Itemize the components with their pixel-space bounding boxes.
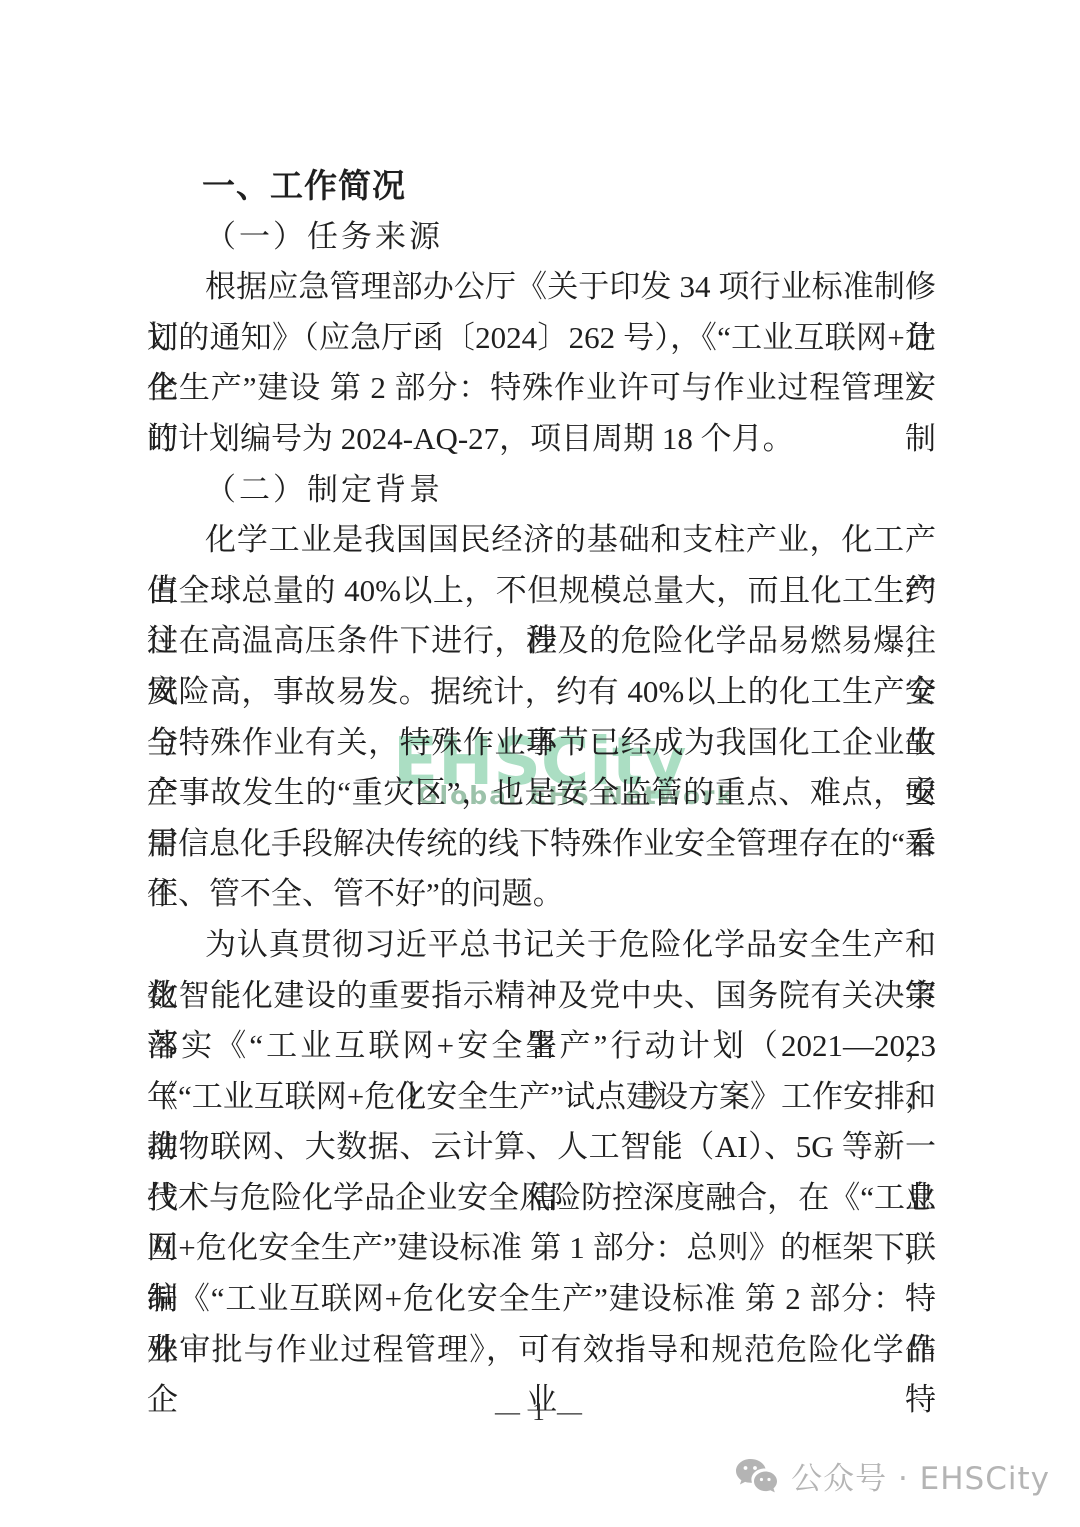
document-body: 一、工作简况 （一）任务来源 根据应急管理部办公厅《关于印发 34 项行业标准制…: [147, 161, 936, 1375]
page-number: — 1 —: [0, 1399, 1080, 1427]
para-line: 根据应急管理部办公厅《关于印发 34 项行业标准制修订计: [147, 262, 936, 313]
para-line: 落实《“工业互联网+安全生产”行动计划（2021—2023 年）》和: [147, 1021, 936, 1072]
section-heading: 一、工作简况: [147, 161, 936, 212]
wechat-footer: 公众号 · EHSCity: [734, 1453, 1050, 1498]
para-line: 划的通知》（应急厅函〔2024〕262 号），《“工业互联网+危化安: [147, 313, 936, 364]
para-line: 化学工业是我国国民经济的基础和支柱产业，化工产值约: [147, 515, 936, 566]
para-line: 用信息化手段解决传统的线下特殊作业安全管理存在的“看不: [147, 819, 936, 870]
para-line: 全事故发生的“重灾区”，也是安全监管的重点、难点，亟需采: [147, 768, 936, 819]
subsection-heading-task-source: （一）任务来源: [147, 212, 936, 263]
para-line: 网+危化安全生产”建设标准 第 1 部分：总则》的框架下，编: [147, 1223, 936, 1274]
para-line: 为认真贯彻习近平总书记关于危险化学品安全生产和数字: [147, 920, 936, 971]
para-line: 全生产”建设 第 2 部分：特殊作业许可与作业过程管理》的制: [147, 363, 936, 414]
para-line: 往在高温高压条件下进行，涉及的危险化学品易燃易爆，安全: [147, 616, 936, 667]
document-page: EHSCity Global EHS Network 一、工作简况 （一）任务来…: [0, 0, 1080, 1527]
para-line: 制《“工业互联网+危化安全生产”建设标准 第 2 部分：特殊作: [147, 1274, 936, 1325]
para-line: 技术与危险化学品企业安全风险防控深度融合，在《“工业互联: [147, 1173, 936, 1224]
para-line: 业审批与作业过程管理》，可有效指导和规范危险化学品企业特: [147, 1325, 936, 1376]
subsection-heading-background: （二）制定背景: [147, 465, 936, 516]
para-line: 占全球总量的 40%以上，不但规模总量大，而且化工生产过程往: [147, 566, 936, 617]
para-line: 与特殊作业有关，特殊作业环节已经成为我国化工企业生产安: [147, 718, 936, 769]
para-line: 风险高，事故易发。据统计，约有 40%以上的化工生产安全事故: [147, 667, 936, 718]
para-line: 住、管不全、管不好”的问题。: [147, 869, 936, 920]
para-line: 《“工业互联网+危化安全生产”试点建设方案》工作安排，推: [147, 1072, 936, 1123]
para-line: 动物联网、大数据、云计算、人工智能（AI）、5G 等新一代信息: [147, 1122, 936, 1173]
para-line: 化智能化建设的重要指示精神及党中央、国务院有关决策部署，: [147, 971, 936, 1022]
wechat-account-label: 公众号 · EHSCity: [791, 1453, 1050, 1498]
wechat-icon: [734, 1457, 778, 1495]
